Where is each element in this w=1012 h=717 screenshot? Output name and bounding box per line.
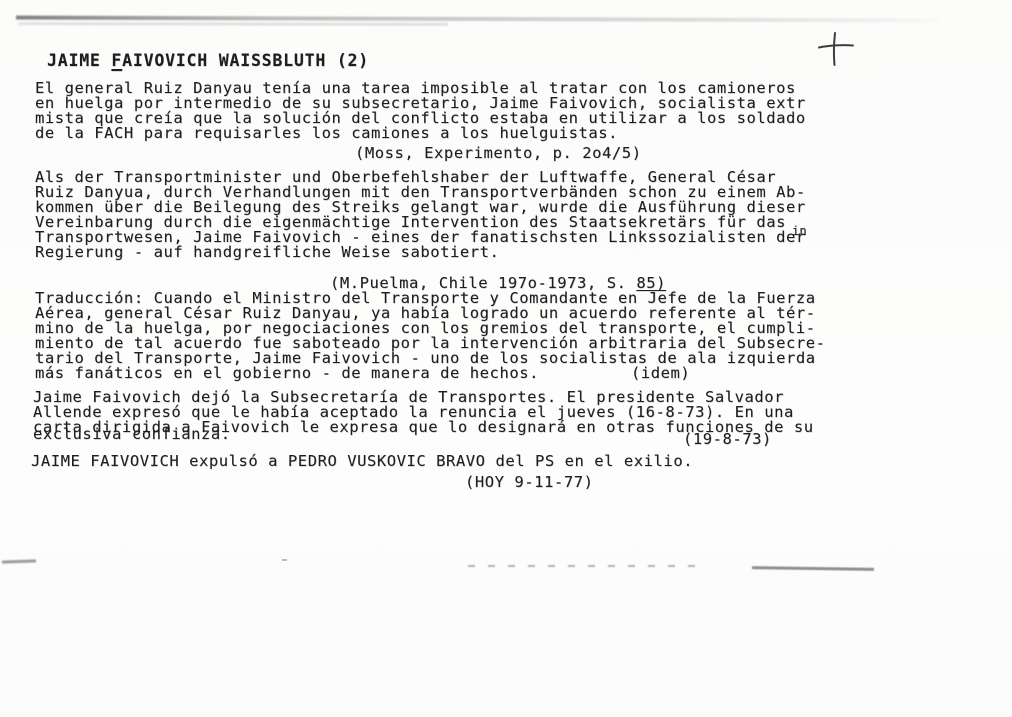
handwritten-plus-icon <box>816 30 856 68</box>
text-line: más fanáticos en el gobierno - de manera… <box>35 366 826 381</box>
paragraph-exilio: JAIME FAIVOVICH expulsó a PEDRO VUSKOVIC… <box>31 454 693 469</box>
scan-artifact-line <box>16 16 938 23</box>
scan-artifact-line <box>18 23 448 26</box>
title-underlined-letter: F <box>111 51 122 70</box>
paragraph-moss: El general Ruiz Danyau tenía una tarea i… <box>35 81 806 141</box>
overstruck-text-line: exclusiva confianza. <box>33 427 231 442</box>
paragraph-german: Als der Transportminister und Oberbefehl… <box>35 170 806 260</box>
citation-renuncia-date: (19-8-73) <box>683 432 772 447</box>
citation-hoy: (HOY 9-11-77) <box>465 475 593 490</box>
scan-artifact <box>2 559 36 563</box>
citation-moss: (Moss, Experimento, p. 2o4/5) <box>355 146 642 161</box>
page-title: JAIME FAIVOVICH WAISSBLUTH (2) <box>47 53 369 68</box>
paragraph-traduccion: Traducción: Cuando el Ministro del Trans… <box>35 291 826 381</box>
scan-artifact <box>468 565 700 567</box>
inserted-correction-text: in <box>792 224 807 239</box>
scan-artifact <box>282 559 287 561</box>
title-text: AIVOVICH WAISSBLUTH (2) <box>122 51 369 70</box>
text-line: de la FACH para requisarles los camiones… <box>35 126 806 141</box>
text-line: Regierung - auf handgreifliche Weise sab… <box>35 245 806 260</box>
scanned-document-page: JAIME FAIVOVICH WAISSBLUTH (2) El genera… <box>0 0 1012 717</box>
scan-artifact <box>752 566 874 570</box>
citation-idem: (idem) <box>631 366 690 381</box>
text-line: JAIME FAIVOVICH expulsó a PEDRO VUSKOVIC… <box>31 454 693 469</box>
title-text: JAIME <box>47 51 111 70</box>
